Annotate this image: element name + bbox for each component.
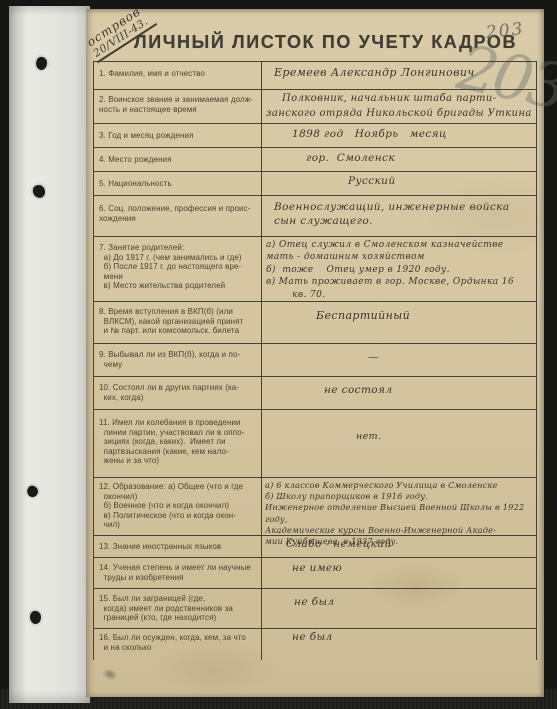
field-answer-handwritten: нет. [262,410,536,477]
punch-hole [25,484,40,499]
scanned-archive-page: { "document": { "title": "ЛИЧНЫЙ ЛИСТОК … [0,0,557,709]
form-table: 1. Фамилия, имя и отчество Еремеев Алекс… [93,61,537,660]
form-row-6: 6. Соц. положение, профессия и проис- хо… [94,196,536,237]
field-label: 11. Имел ли колебания в проведении линии… [94,410,262,477]
field-answer-handwritten: не состоял [262,377,536,409]
form-row-1: 1. Фамилия, имя и отчество Еремеев Алекс… [94,62,536,90]
field-answer-handwritten: Еремеев Александр Лонгинович [262,62,536,89]
field-answer-handwritten: не имею [262,558,536,588]
field-label: 7. Занятие родителей: а) До 1917 г. (чем… [94,237,262,301]
field-label: 3. Год и месяц рождения [94,124,262,147]
form-row-7: 7. Занятие родителей: а) До 1917 г. (чем… [94,237,536,302]
field-label: 8. Время вступления в ВКП(б) (или ВЛКСМ)… [94,302,262,343]
field-label: 15. Был ли заграницей (где, когда) имеет… [94,589,262,628]
field-label: 2. Воинское звание и занимаемая долж- но… [94,90,262,123]
form-row-16: 16. Был ли осужден, когда, кем, за что и… [94,629,536,660]
field-answer-handwritten: Военнослужащий, инженерные войска сын сл… [262,196,536,236]
field-answer-handwritten: а) 6 классов Коммерческого Училища в Смо… [262,478,536,535]
field-label: 10. Состоял ли в других партиях (ка- ких… [94,377,262,409]
form-row-14: 14. Ученая степень и имеет ли научные тр… [94,558,536,589]
field-answer-handwritten: 1898 год Ноябрь месяц [262,124,536,147]
field-answer-handwritten: Полковник, начальник штаба парти- занско… [262,90,536,123]
punch-hole [35,56,49,71]
field-label: 4. Место рождения [94,148,262,171]
field-label: 14. Ученая степень и имеет ли научные тр… [94,558,262,588]
field-label: 5. Национальность [94,172,262,195]
field-answer-handwritten: не был [262,589,536,628]
document-paper: острвов 20/VIII-43. ЛИЧНЫЙ ЛИСТОК ПО УЧЕ… [86,9,544,697]
punch-hole [29,611,41,625]
field-label: 9. Выбывал ли из ВКП(б), когда и по- чем… [94,344,262,376]
field-label: 1. Фамилия, имя и отчество [94,62,262,89]
field-answer-handwritten: а) Отец служил в Смоленском казначействе… [262,237,536,301]
form-row-9: 9. Выбывал ли из ВКП(б), когда и по- чем… [94,344,536,377]
field-answer-handwritten: — [262,344,536,376]
field-label: 13. Знание иностранных языков [94,536,262,557]
field-answer-handwritten: Беспартийный [262,302,536,343]
form-row-13: 13. Знание иностранных языков Слабо - не… [94,536,536,558]
form-row-10: 10. Состоял ли в других партиях (ка- ких… [94,377,536,410]
field-answer-handwritten: Русский [262,172,536,195]
form-row-3: 3. Год и месяц рождения 1898 год Ноябрь … [94,124,536,148]
document-title: ЛИЧНЫЙ ЛИСТОК ПО УЧЕТУ КАДРОВ [134,32,524,53]
field-answer-handwritten: гор. Смоленск [262,148,536,171]
field-label: 16. Был ли осужден, когда, кем, за что и… [94,629,262,660]
form-row-8: 8. Время вступления в ВКП(б) (или ВЛКСМ)… [94,302,536,344]
page-number: 203 [485,19,525,43]
form-row-2: 2. Воинское звание и занимаемая долж- но… [94,90,536,124]
form-row-5: 5. Национальность Русский [94,172,536,196]
field-label: 6. Соц. положение, профессия и проис- хо… [94,196,262,236]
punch-hole [32,184,46,199]
field-answer-handwritten: не был [262,629,536,660]
field-label: 12. Образование: а) Общее (что и где око… [94,478,262,535]
form-row-11: 11. Имел ли колебания в проведении линии… [94,410,536,478]
pencil-smudge [101,667,120,683]
form-row-4: 4. Место рождения гор. Смоленск [94,148,536,172]
form-row-12: 12. Образование: а) Общее (что и где око… [94,478,536,536]
field-answer-handwritten: Слабо - немецкий [262,536,536,557]
binder-strip [9,6,90,703]
form-row-15: 15. Был ли заграницей (где, когда) имеет… [94,589,536,629]
